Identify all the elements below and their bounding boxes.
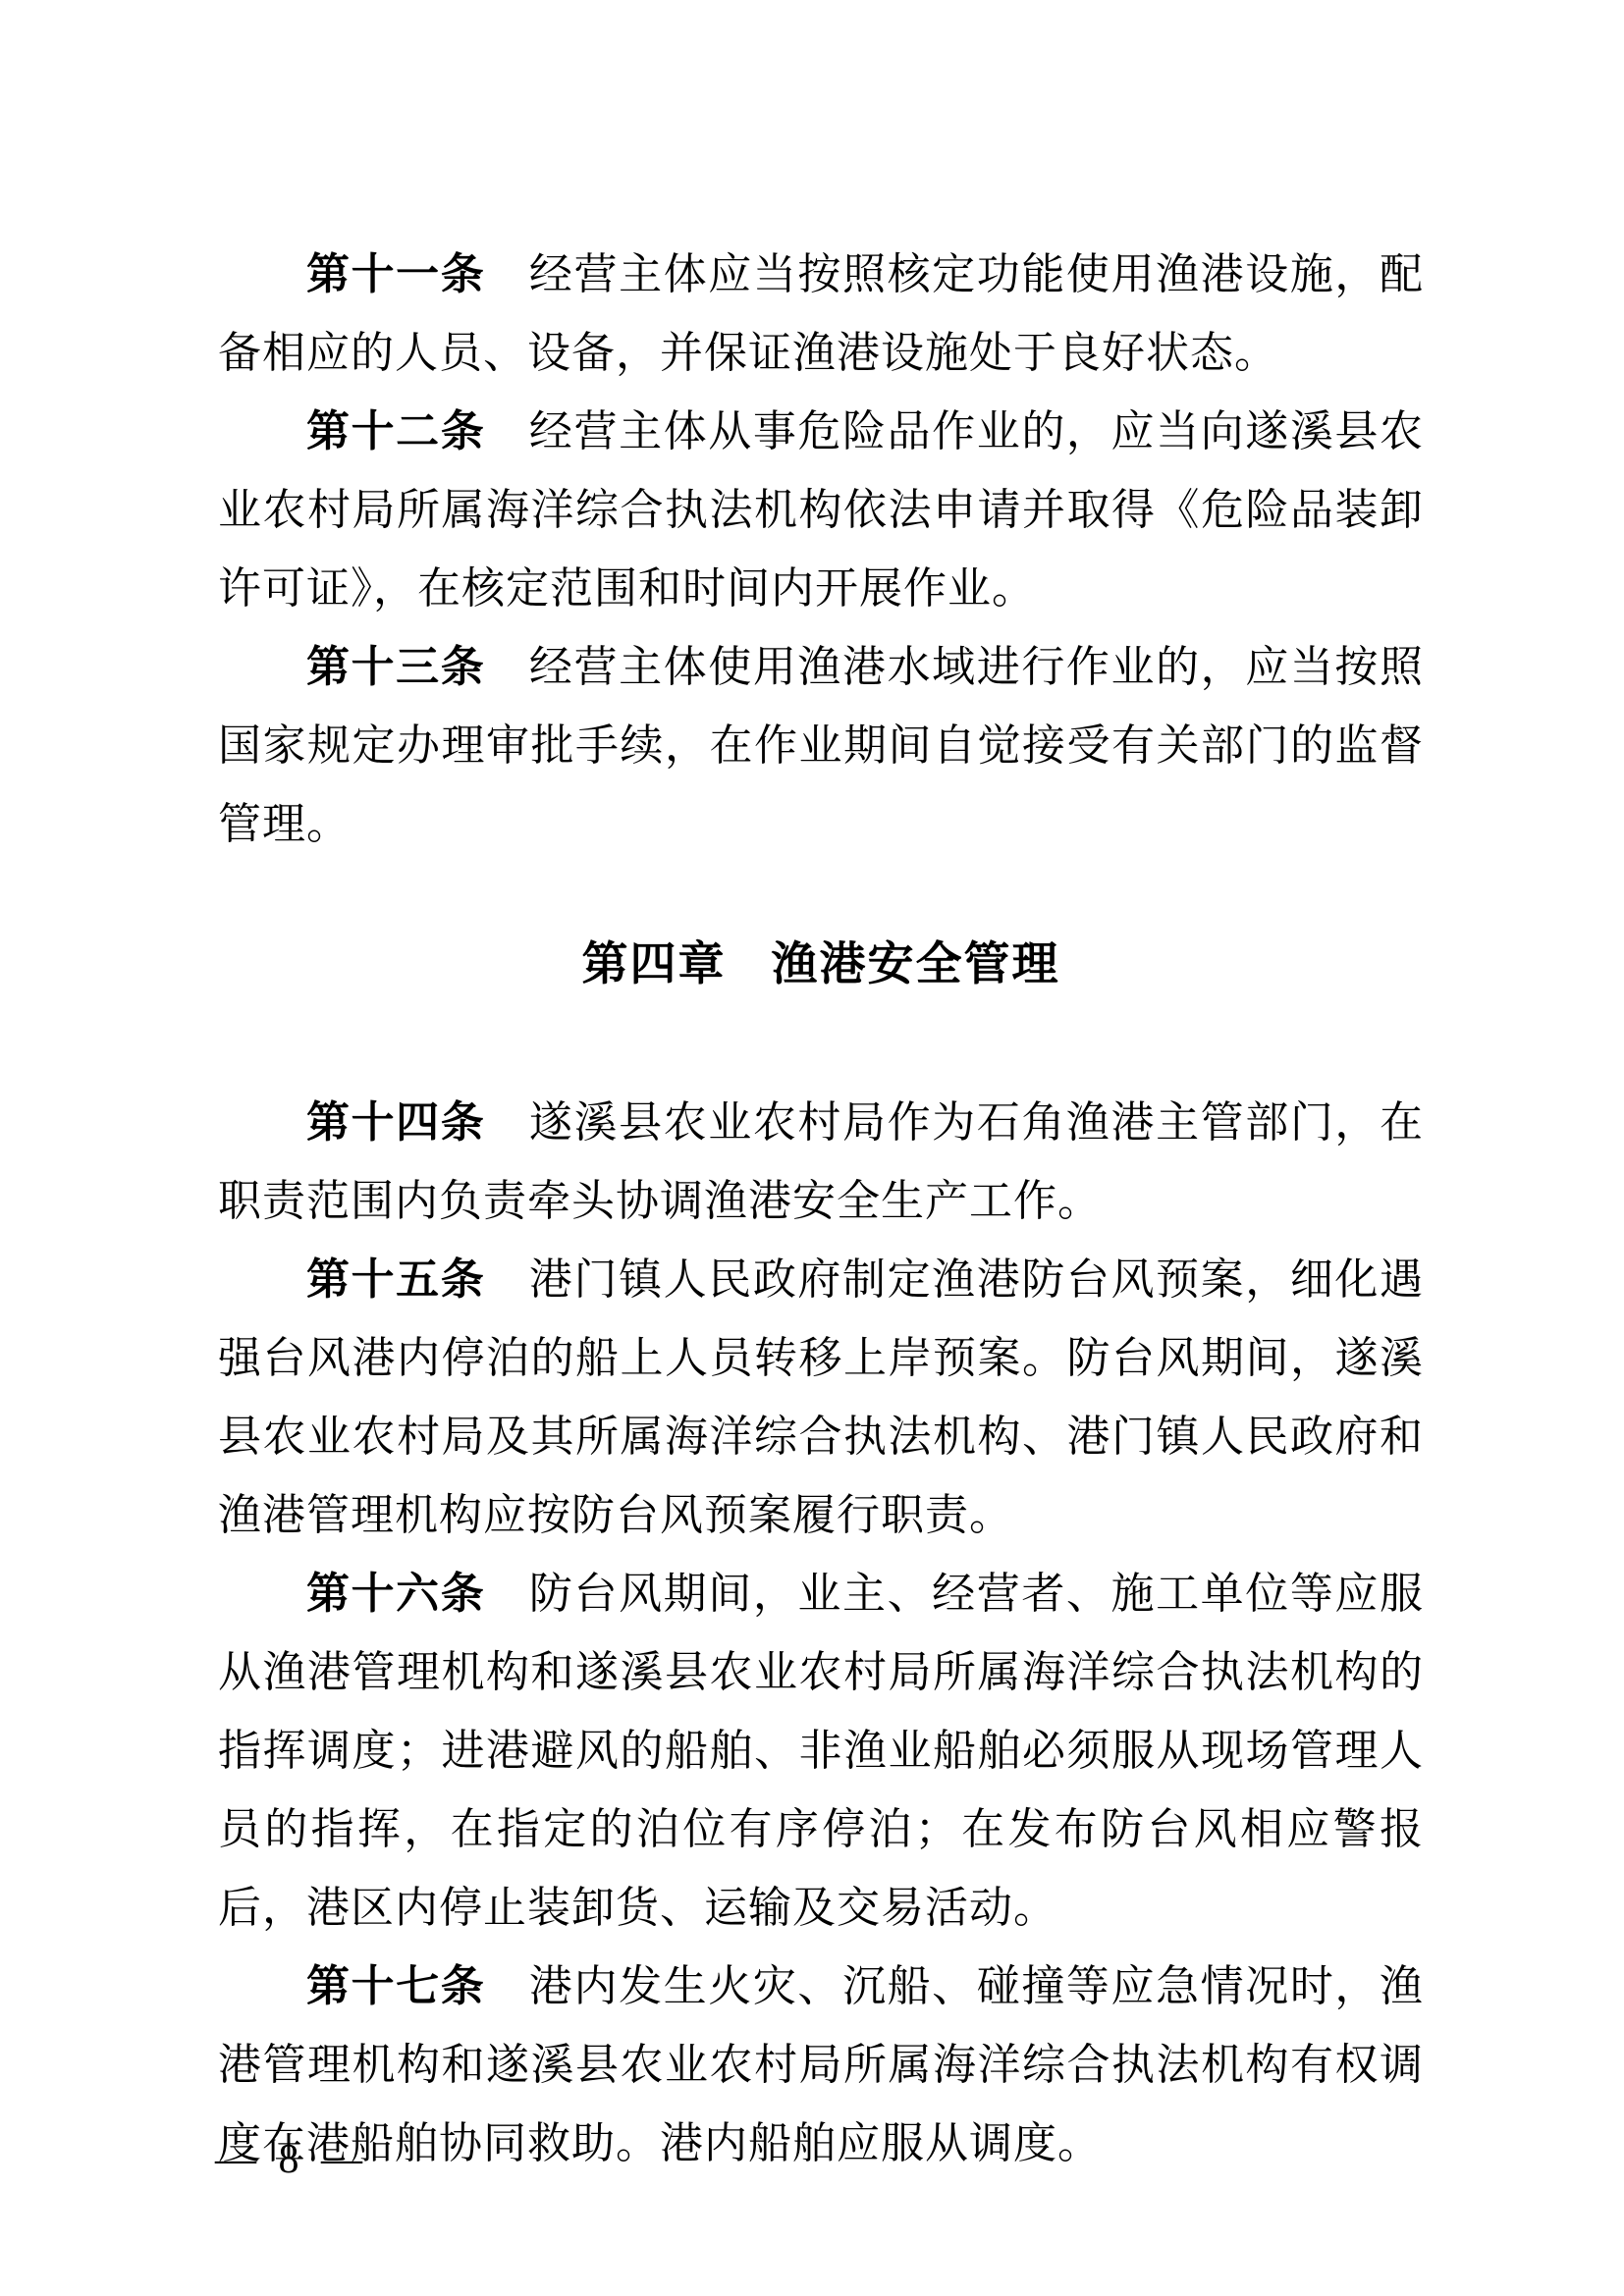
article-number: 第十三条 — [306, 643, 485, 691]
chapter-number: 第四章 — [582, 937, 727, 989]
page-number: — 8 — — [215, 2136, 368, 2183]
article-paragraph: 第十四条遂溪县农业农村局作为石角渔港主管部门，在职责范围内负责牵头协调渔港安全生… — [218, 1084, 1424, 1241]
article-paragraph: 第十三条经营主体使用渔港水域进行作业的，应当按照国家规定办理审批手续，在作业期间… — [218, 628, 1424, 864]
chapter-heading: 第四章渔港安全管理 — [218, 925, 1424, 1003]
document-page: 第十一条经营主体应当按照核定功能使用渔港设施，配备相应的人员、设备，并保证渔港设… — [0, 0, 1624, 2296]
article-paragraph: 第十六条防台风期间，业主、经营者、施工单位等应服从渔港管理机构和遂溪县农业农村局… — [218, 1555, 1424, 1948]
article-number: 第十四条 — [306, 1098, 485, 1147]
article-number: 第十二条 — [306, 407, 485, 455]
chapter-title: 渔港安全管理 — [772, 937, 1060, 989]
article-paragraph: 第十二条经营主体从事危险品作业的，应当向遂溪县农业农村局所属海洋综合执法机构依法… — [218, 393, 1424, 628]
article-number: 第十五条 — [306, 1255, 485, 1304]
article-number: 第十七条 — [306, 1962, 485, 2010]
article-paragraph: 第十一条经营主体应当按照核定功能使用渔港设施，配备相应的人员、设备，并保证渔港设… — [218, 236, 1424, 393]
document-body: 第十一条经营主体应当按照核定功能使用渔港设施，配备相应的人员、设备，并保证渔港设… — [218, 236, 1424, 2183]
article-paragraph: 第十七条港内发生火灾、沉船、碰撞等应急情况时，渔港管理机构和遂溪县农业农村局所属… — [218, 1948, 1424, 2183]
article-paragraph: 第十五条港门镇人民政府制定渔港防台风预案，细化遇强台风港内停泊的船上人员转移上岸… — [218, 1241, 1424, 1555]
article-number: 第十一条 — [306, 250, 485, 298]
article-number: 第十六条 — [306, 1570, 485, 1618]
article-text: 防台风期间，业主、经营者、施工单位等应服从渔港管理机构和遂溪县农业农村局所属海洋… — [218, 1570, 1424, 1932]
